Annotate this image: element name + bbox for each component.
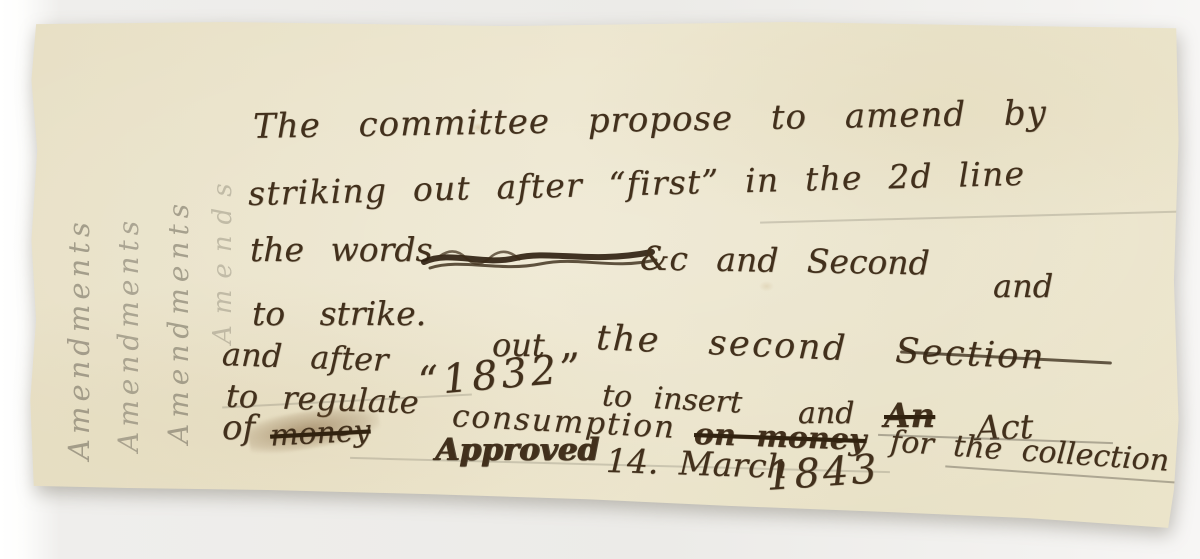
margin-annotation-amendments-3: Amendments	[162, 198, 195, 444]
handwriting-second-section: the second Section	[595, 318, 1046, 378]
margin-annotation-amendments-4: Amends	[208, 172, 238, 344]
scanned-document-background: Amendments Amendments Amendments Amends …	[0, 0, 1200, 559]
handwriting-and-second: &c and Second	[640, 238, 930, 282]
handwriting-struck-money: money	[269, 413, 371, 453]
paper-shadow: Amendments Amendments Amendments Amends …	[0, 0, 1200, 559]
paper-crease-1	[760, 210, 1190, 223]
handwriting-line-striking-out: striking out after “first” in the 2d lin…	[248, 154, 1026, 213]
margin-annotation-amendments-1: Amendments	[62, 217, 96, 460]
handwriting-out: out	[492, 326, 545, 364]
manuscript-paper: Amendments Amendments Amendments Amends …	[28, 20, 1182, 532]
struck-out-scribble	[420, 236, 660, 280]
handwriting-the-words: the words	[250, 230, 432, 269]
handwriting-year-1843: 1843	[765, 446, 882, 500]
handwriting-and-after: and after	[221, 335, 389, 379]
handwriting-date-march: 14. March	[605, 441, 788, 486]
handwriting-and-trailing: and	[993, 267, 1053, 305]
margin-annotation-amendments-2: Amendments	[112, 216, 145, 452]
handwriting-approved: Approved	[435, 432, 599, 468]
handwriting-to-strike: to strike.	[252, 294, 426, 333]
handwriting-of: of	[222, 408, 255, 448]
handwriting-line-committee: The committee propose to amend by	[253, 93, 1047, 147]
